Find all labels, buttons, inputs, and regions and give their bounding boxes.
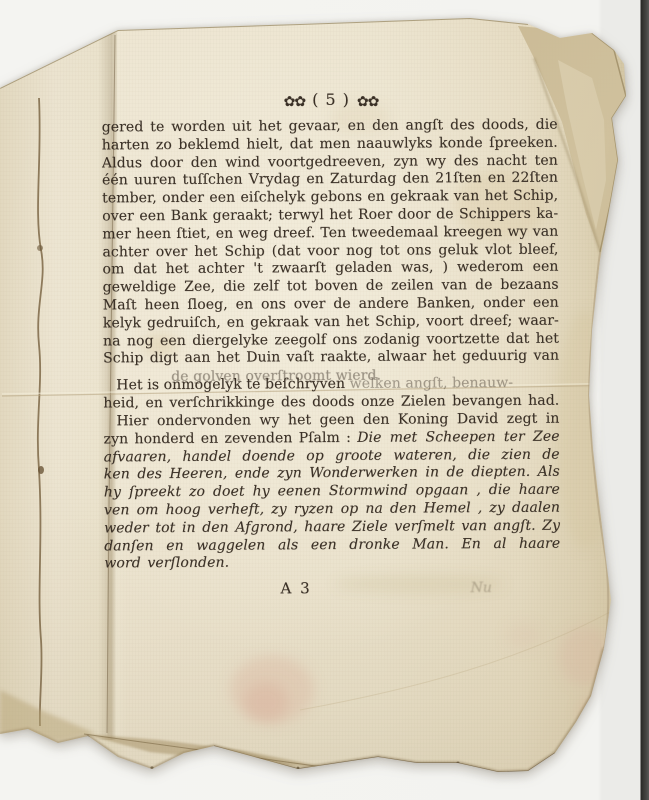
pink-stain — [230, 656, 314, 724]
overlap-faded-text: welken angſt, benauw- — [350, 375, 514, 392]
paper-shadow-wrap: ✿✿( 5 )✿✿ gered te worden uit het gevaar… — [0, 0, 649, 800]
psalm-line: word verſlonden. — [104, 553, 560, 574]
psalm-intro-line: zyn honderd en zevenden Pſalm : Die met … — [104, 428, 560, 449]
text-line: harten zo beklemd hielt, dat men naauwly… — [102, 134, 558, 155]
psalm-italic-start: Die met Scheepen ter Zee — [357, 428, 559, 445]
text-line: kelyk gedruiſch, en gekraak van het Schi… — [103, 312, 559, 333]
fleuron-ornament-left-icon: ✿✿ — [284, 94, 305, 110]
paper-sheet: ✿✿( 5 )✿✿ gered te worden uit het gevaar… — [0, 0, 649, 800]
psalm-lead-text: zyn honderd en zevenden Pſalm : — [104, 430, 358, 448]
page-text-block: gered te worden uit het gevaar, en den a… — [102, 117, 561, 574]
scanned-book-page: ✿✿( 5 )✿✿ gered te worden uit het gevaar… — [0, 0, 649, 800]
psalm-line: danſen en waggelen als een dronke Man. E… — [104, 535, 560, 556]
text-line: Het is onmogelyk te beſchryven welken an… — [103, 375, 559, 396]
sewing-thread — [37, 98, 44, 726]
page-number: ( 5 ) — [305, 90, 357, 109]
psalm-line: weder tot in den Afgrond, haare Ziele ve… — [104, 517, 560, 538]
fleuron-ornament-right-icon: ✿✿ — [357, 94, 378, 110]
catchword-bleedthrough: Nu — [470, 580, 492, 598]
text-line: mer heen ſtiet, en weg dreef. Ten tweede… — [102, 223, 558, 244]
signature-mark: A 3 — [280, 580, 311, 598]
creased-overlap-lines: de golven overſtroomt wierd. Het is onmo… — [103, 366, 559, 396]
page-header: ✿✿( 5 )✿✿ — [103, 90, 559, 109]
overlap-main-text: Het is onmogelyk te beſchryven — [116, 376, 350, 393]
